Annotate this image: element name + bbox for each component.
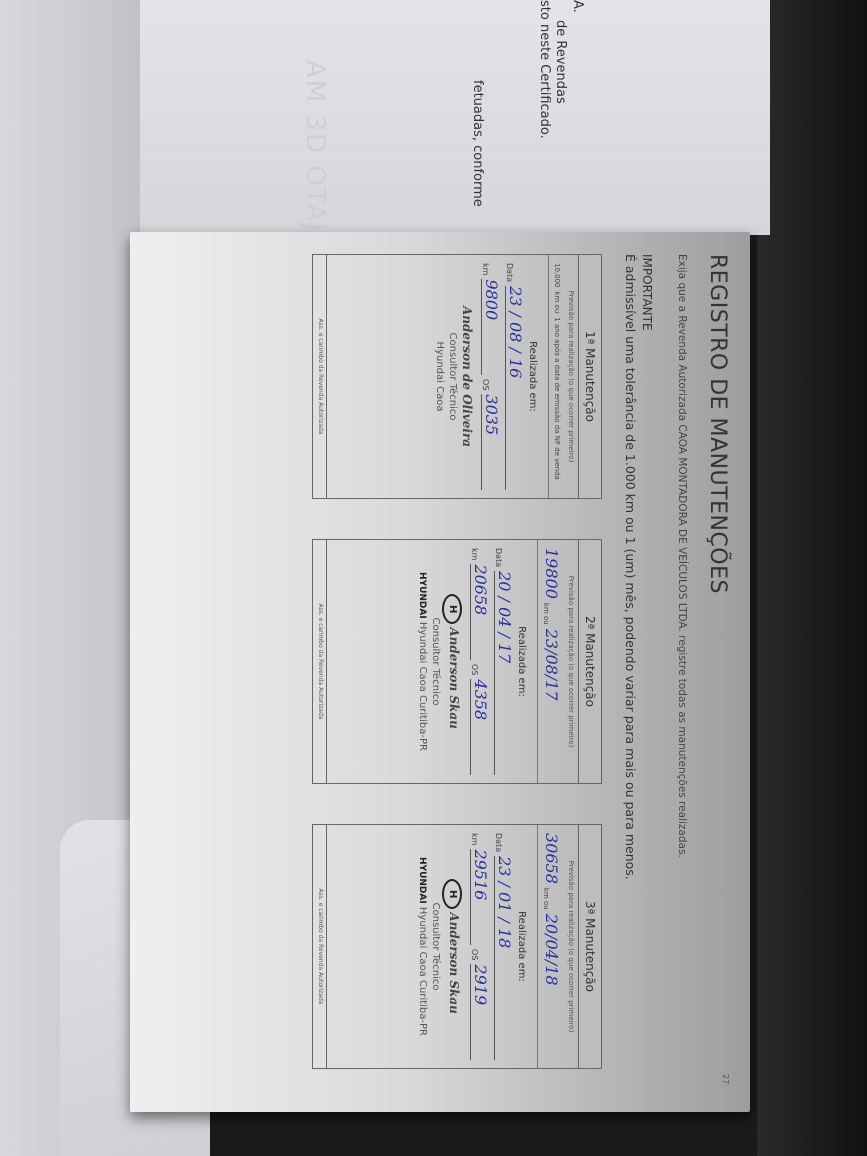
stamp-company: Hyundai Caoa	[434, 342, 445, 412]
dealer-stamp: H Anderson Skau Consultor Técnico HYUNDA…	[415, 540, 462, 783]
card-footer: Ass. e carimbo da Revenda Autorizada	[317, 540, 327, 783]
card-heading: 2ª Manutenção	[578, 540, 601, 783]
card-heading: 1ª Manutenção	[578, 255, 601, 498]
km-value: 29516	[470, 849, 490, 945]
forecast-date: 20/04/18	[542, 914, 561, 986]
hyundai-logo-icon: H	[442, 879, 462, 909]
maintenance-card-3: 3ª Manutenção Previsão para realização (…	[312, 824, 602, 1069]
maintenance-card-2: 2ª Manutenção Previsão para realização (…	[312, 539, 602, 784]
date-label: Data	[494, 548, 503, 567]
os-value: 3035	[481, 394, 501, 490]
dealer-stamp: Anderson de Oliveira Consultor Técnico H…	[433, 255, 473, 498]
prev-page-line: de Revendas	[553, 20, 568, 104]
stamp-role: Consultor Técnico	[447, 333, 458, 421]
page-title: REGISTRO DE MANUTENÇÕES	[705, 254, 730, 594]
stamp-role: Consultor Técnico	[430, 618, 441, 706]
card-subheading: Previsão para realização (o que ocorrer …	[567, 540, 575, 783]
done-label: Realizada em:	[516, 540, 527, 783]
date-field: Data 23 / 01 / 18	[492, 825, 516, 1068]
prev-page-line: A.	[570, 0, 585, 13]
km-label: km	[481, 263, 490, 275]
prev-page-line: fetuadas, conforme	[470, 80, 485, 207]
forecast-row: 10.000 km ou 1 ano após a data de emissã…	[548, 255, 567, 498]
date-value: 23 / 01 / 18	[494, 856, 514, 1060]
os-label: OS	[470, 949, 479, 960]
maintenance-record-page: REGISTRO DE MANUTENÇÕES 27 Exija que a R…	[130, 232, 750, 1112]
dealer-stamp: H Anderson Skau Consultor Técnico HYUNDA…	[415, 825, 462, 1068]
os-label: OS	[481, 379, 490, 390]
show-through-text: AM 3D OTAJS	[300, 60, 330, 252]
km-value: 20658	[470, 564, 490, 660]
date-field: Data 20 / 04 / 17	[492, 540, 516, 783]
stamp-name: Anderson de Oliveira	[460, 306, 474, 447]
stamp-brand: HYUNDAI	[417, 857, 427, 904]
stamp-name: Anderson Skau	[447, 627, 461, 729]
forecast-row: 19800 km ou 23/08/17	[537, 540, 567, 783]
previous-page: AM 3D OTAJS A. de Revendas sto neste Cer…	[140, 0, 770, 235]
stamp-company: Hyundai Caoa Curitiba-PR	[417, 907, 428, 1036]
dark-background	[757, 0, 867, 1156]
forecast-row: 30658 km ou 20/04/18	[537, 825, 567, 1068]
km-value: 9800	[481, 279, 501, 375]
os-value: 2919	[470, 964, 490, 1060]
forecast-date: 1 ano após a data de emissão da NF de ve…	[553, 317, 561, 479]
date-label: Data	[505, 263, 514, 282]
stamp-name: Anderson Skau	[447, 912, 461, 1014]
stamp-company: Hyundai Caoa Curitiba-PR	[417, 622, 428, 751]
date-value: 23 / 08 / 16	[505, 286, 525, 490]
done-label: Realizada em:	[527, 255, 538, 498]
date-value: 20 / 04 / 17	[494, 571, 514, 775]
prev-page-line: sto neste Certificado.	[537, 0, 552, 139]
maintenance-card-1: 1ª Manutenção Previsão para realização (…	[312, 254, 602, 499]
card-footer: Ass. e carimbo da Revenda Autorizada	[317, 255, 327, 498]
km-or-label: km ou	[542, 888, 550, 910]
km-label: km	[470, 833, 479, 845]
forecast-km: 19800	[542, 548, 561, 599]
km-os-field: km 20658 OS 4358	[468, 540, 492, 783]
km-os-field: km 9800 OS 3035	[479, 255, 503, 498]
forecast-date: 23/08/17	[542, 629, 561, 701]
important-label: IMPORTANTE	[640, 254, 654, 331]
os-label: OS	[470, 664, 479, 675]
km-os-field: km 29516 OS 2919	[468, 825, 492, 1068]
km-or-label: km ou	[542, 603, 550, 625]
page-number: 27	[721, 1074, 730, 1084]
stamp-brand: HYUNDAI	[417, 572, 427, 619]
os-value: 4358	[470, 679, 490, 775]
done-label: Realizada em:	[516, 825, 527, 1068]
instruction-text: Exija que a Revenda Autorizada CAOA MONT…	[676, 254, 688, 858]
stamp-role: Consultor Técnico	[430, 903, 441, 991]
date-label: Data	[494, 833, 503, 852]
hyundai-logo-icon: H	[442, 594, 462, 624]
forecast-km: 30658	[542, 833, 561, 884]
km-label: km	[470, 548, 479, 560]
km-or-label: km ou	[553, 292, 561, 314]
forecast-km: 10.000	[553, 263, 561, 288]
card-subheading: Previsão para realização (o que ocorrer …	[567, 255, 575, 498]
card-heading: 3ª Manutenção	[578, 825, 601, 1068]
important-text: É admissível uma tolerância de 1.000 km …	[623, 254, 638, 880]
card-footer: Ass. e carimbo da Revenda Autorizada	[317, 825, 327, 1068]
date-field: Data 23 / 08 / 16	[503, 255, 527, 498]
card-subheading: Previsão para realização (o que ocorrer …	[567, 825, 575, 1068]
